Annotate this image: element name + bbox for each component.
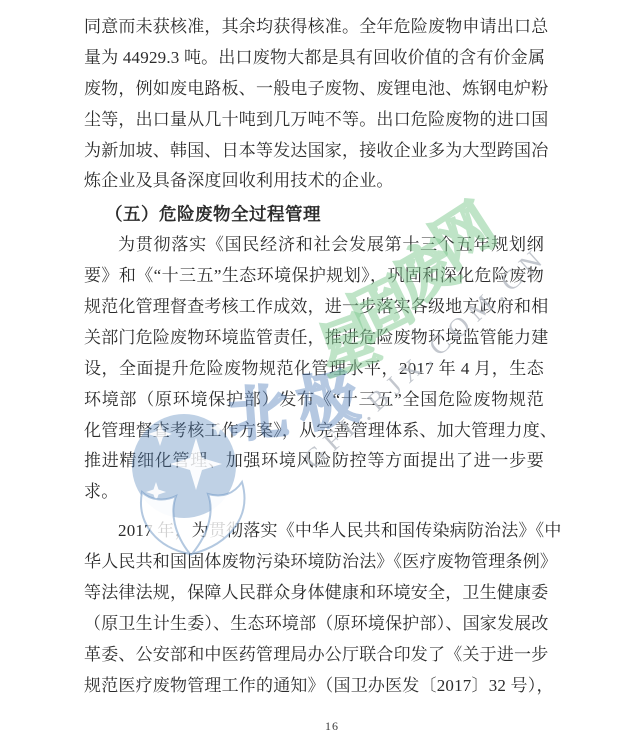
text-line: 革委、公安部和中医药管理局办公厅联合印发了《关于进一步 [84,640,544,671]
text-line: 2017 年，为贯彻落实《中华人民共和国传染病防治法》《中 [84,516,544,547]
text-line: 求。 [84,477,544,508]
text-line: 同意而未获核准，其余均获得核准。全年危险废物申请出口总 [84,12,544,43]
text-line: 设，全面提升危险废物规范化管理水平，2017 年 4 月，生态 [84,354,544,385]
text-line: 尘等，出口量从几十吨到几万吨不等。出口危险废物的进口国 [84,105,544,136]
text-line: 化管理督查考核工作方案》，从完善管理体系、加大管理力度、 [84,416,544,447]
text-line: 等法律法规，保障人民群众身体健康和环境安全，卫生健康委 [84,578,544,609]
section-heading: （五）危险废物全过程管理 [84,199,544,230]
text-line: （原卫生计生委）、生态环境部（原环境保护部）、国家发展改 [84,609,544,640]
paragraph-export-volume: 同意而未获核准，其余均获得核准。全年危险废物申请出口总 量为 44929.3 吨… [84,12,544,197]
text-line: 炼企业及具备深度回收利用技术的企业。 [84,166,544,197]
text-line: 规范化管理督查考核工作成效，进一步落实各级地方政府和相 [84,292,544,323]
text-line: 环境部（原环境保护部）发布《“十三五”全国危险废物规范 [84,385,544,416]
text-line: 关部门危险废物环境监管责任，推进危险废物环境监管能力建 [84,323,544,354]
page-number: 16 [0,719,620,734]
text-line: 要》和《“十三五”生态环境保护规划》，巩固和深化危险废物 [84,261,544,292]
text-line: 推进精细化管理、加强环境风险防控等方面提出了进一步要 [84,446,544,477]
text-line: 量为 44929.3 吨。出口废物大都是具有回收价值的含有价金属 [84,43,544,74]
paragraph-standardized-management: 为贯彻落实《国民经济和社会发展第十三个五年规划纲 要》和《“十三五”生态环境保护… [84,230,544,508]
text-line: 华人民共和国固体废物污染环境防治法》《医疗废物管理条例》 [84,547,544,578]
text-line: 为贯彻落实《国民经济和社会发展第十三个五年规划纲 [84,230,544,261]
page-body-text: 同意而未获核准，其余均获得核准。全年危险废物申请出口总 量为 44929.3 吨… [84,12,544,702]
text-line: 为新加坡、韩国、日本等发达国家，接收企业多为大型跨国冶 [84,136,544,167]
paragraph-medical-waste-notice: 2017 年，为贯彻落实《中华人民共和国传染病防治法》《中 华人民共和国固体废物… [84,516,544,701]
text-line: 规范医疗废物管理工作的通知》（国卫办医发〔2017〕32 号）， [84,671,544,702]
document-page: 同意而未获核准，其余均获得核准。全年危险废物申请出口总 量为 44929.3 吨… [0,0,620,750]
text-line: 废物，例如废电路板、一般电子废物、废锂电池、炼钢电炉粉 [84,74,544,105]
